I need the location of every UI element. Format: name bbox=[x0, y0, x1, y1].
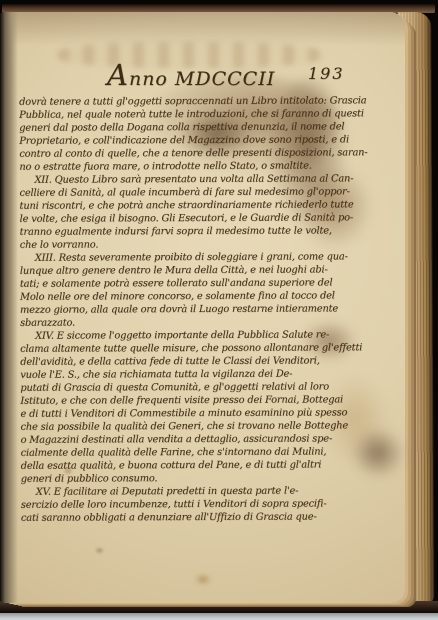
manuscript-line: cialmente della qualità delle Farine, ch… bbox=[21, 445, 377, 460]
manuscript-line: tranno egualmente indursi farvi sopra il… bbox=[20, 224, 376, 239]
scanner-edge-strip bbox=[0, 613, 438, 620]
manuscript-line: mezzo giorno, alla quale ora dovrà il Lu… bbox=[20, 302, 376, 317]
manuscript-line: clama altamente tutte quelle misure, che… bbox=[20, 341, 376, 356]
manuscript-photo: { "document": { "title": "Anno MDCCCII",… bbox=[0, 0, 438, 620]
stain bbox=[195, 574, 211, 585]
manuscript-line: cati saranno obbligati a denunziare all'… bbox=[21, 510, 377, 525]
manuscript-body: dovrà tenere a tutti gl'oggetti sopracce… bbox=[19, 94, 377, 525]
page-top-shading bbox=[3, 12, 405, 46]
binding-gutter-shadow bbox=[0, 12, 18, 603]
manuscript-page: Anno MDCCCII 193 dovrà tenere a tutti gl… bbox=[3, 12, 405, 603]
page-title: Anno MDCCCII bbox=[107, 58, 275, 92]
page-number: 193 bbox=[308, 64, 345, 83]
stain bbox=[95, 547, 104, 554]
manuscript-line: contro al conto di quelle, che a tenore … bbox=[19, 146, 375, 161]
manuscript-line: sercizio delle loro incumbenze, tutti i … bbox=[21, 497, 377, 512]
